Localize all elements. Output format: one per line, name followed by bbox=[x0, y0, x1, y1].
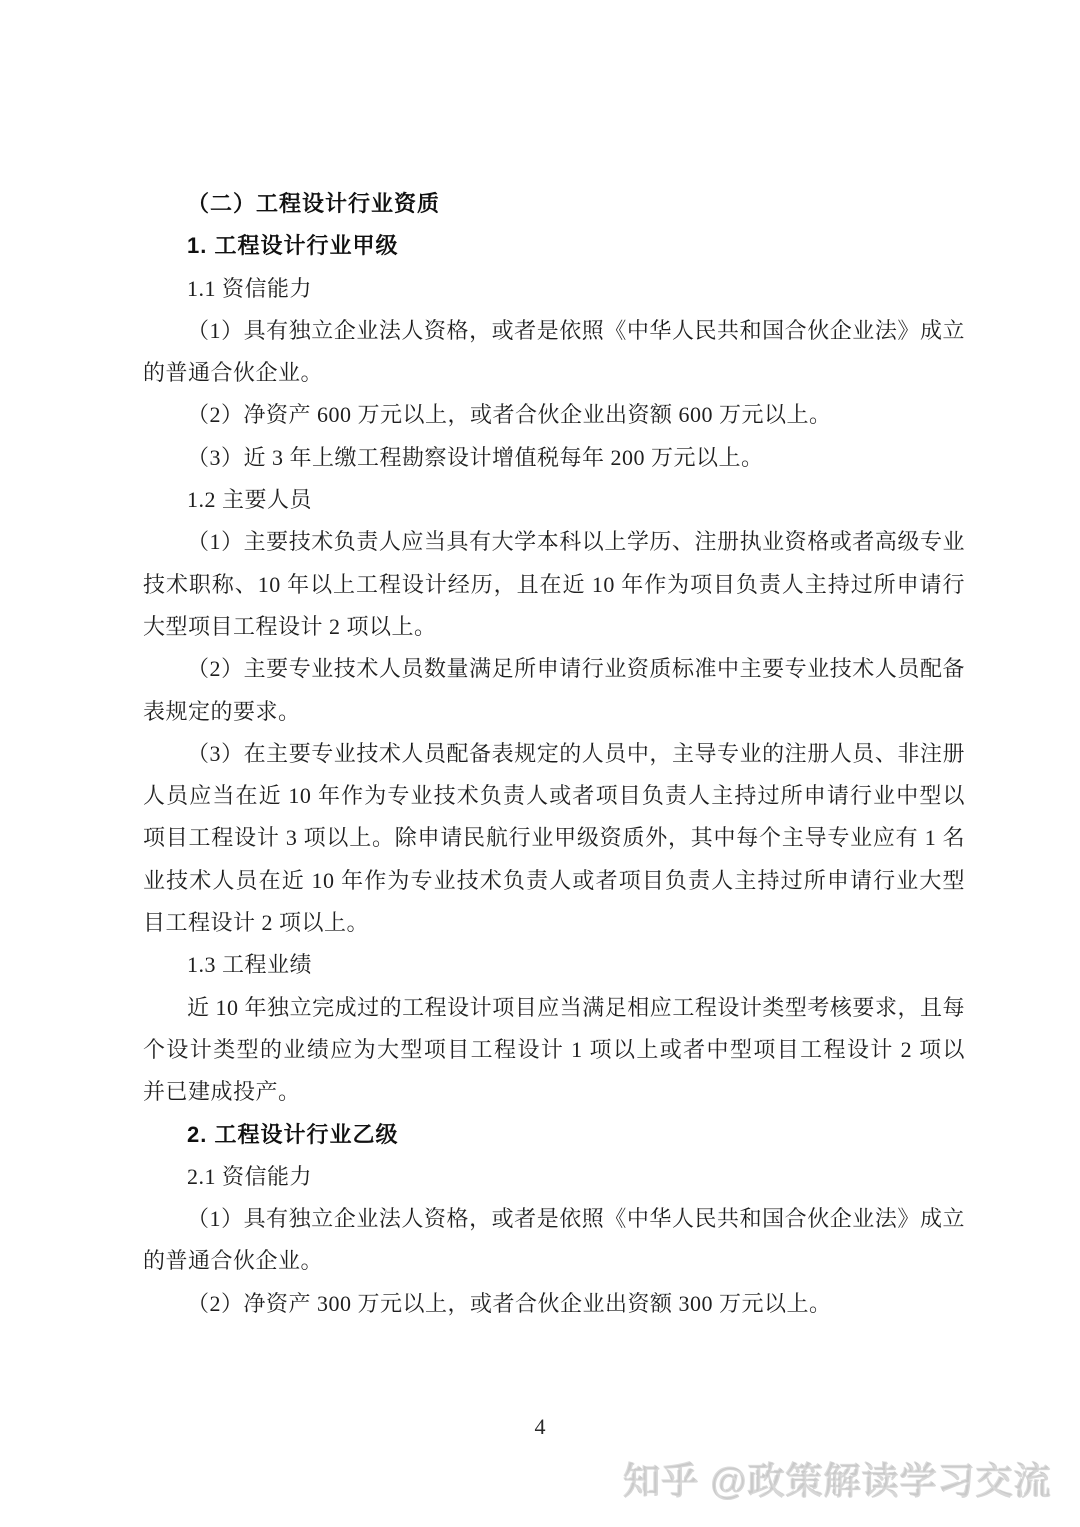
text-line: 目工程设计 2 项以上。 bbox=[143, 902, 965, 944]
text-line: （1）具有独立企业法人资格，或者是依照《中华人民共和国合伙企业法》成立 bbox=[143, 310, 965, 352]
document-page: （二）工程设计行业资质1. 工程设计行业甲级1.1 资信能力（1）具有独立企业法… bbox=[0, 0, 1080, 1527]
text-line: 项目工程设计 3 项以上。除申请民航行业甲级资质外，其中每个主导专业应有 1 名… bbox=[143, 817, 965, 859]
text-line: 1.1 资信能力 bbox=[143, 268, 965, 310]
text-line: 的普通合伙企业。 bbox=[143, 352, 965, 394]
text-line: （3）在主要专业技术人员配备表规定的人员中，主导专业的注册人员、非注册 bbox=[143, 733, 965, 775]
text-line: 的普通合伙企业。 bbox=[143, 1240, 965, 1282]
text-line: 业技术人员在近 10 年作为专业技术负责人或者项目负责人主持过所申请行业大型项 bbox=[143, 860, 965, 902]
section-heading: 2. 工程设计行业乙级 bbox=[143, 1114, 965, 1156]
text-line: 并已建成投产。 bbox=[143, 1071, 965, 1113]
text-line: （3）近 3 年上缴工程勘察设计增值税每年 200 万元以上。 bbox=[143, 437, 965, 479]
section-heading: 1. 工程设计行业甲级 bbox=[143, 225, 965, 267]
section-heading: （二）工程设计行业资质 bbox=[143, 183, 965, 225]
text-line: （2）净资产 600 万元以上，或者合伙企业出资额 600 万元以上。 bbox=[143, 394, 965, 436]
text-line: 技术职称、10 年以上工程设计经历，且在近 10 年作为项目负责人主持过所申请行… bbox=[143, 564, 965, 606]
text-line: 2.1 资信能力 bbox=[143, 1156, 965, 1198]
text-line: （1）具有独立企业法人资格，或者是依照《中华人民共和国合伙企业法》成立 bbox=[143, 1198, 965, 1240]
watermark: 知乎 @政策解读学习交流 bbox=[624, 1456, 1052, 1508]
text-line: （1）主要技术负责人应当具有大学本科以上学历、注册执业资格或者高级专业 bbox=[143, 521, 965, 563]
text-line: 大型项目工程设计 2 项以上。 bbox=[143, 606, 965, 648]
text-line: 表规定的要求。 bbox=[143, 691, 965, 733]
text-line: 个设计类型的业绩应为大型项目工程设计 1 项以上或者中型项目工程设计 2 项以上… bbox=[143, 1029, 965, 1071]
page-number: 4 bbox=[0, 1410, 1080, 1444]
text-line: （2）主要专业技术人员数量满足所申请行业资质标准中主要专业技术人员配备 bbox=[143, 648, 965, 690]
document-body: （二）工程设计行业资质1. 工程设计行业甲级1.1 资信能力（1）具有独立企业法… bbox=[143, 183, 965, 1325]
text-line: 人员应当在近 10 年作为专业技术负责人或者项目负责人主持过所申请行业中型以上 bbox=[143, 775, 965, 817]
text-line: 1.2 主要人员 bbox=[143, 479, 965, 521]
text-line: （2）净资产 300 万元以上，或者合伙企业出资额 300 万元以上。 bbox=[143, 1283, 965, 1325]
text-line: 1.3 工程业绩 bbox=[143, 944, 965, 986]
text-line: 近 10 年独立完成过的工程设计项目应当满足相应工程设计类型考核要求，且每 bbox=[143, 987, 965, 1029]
